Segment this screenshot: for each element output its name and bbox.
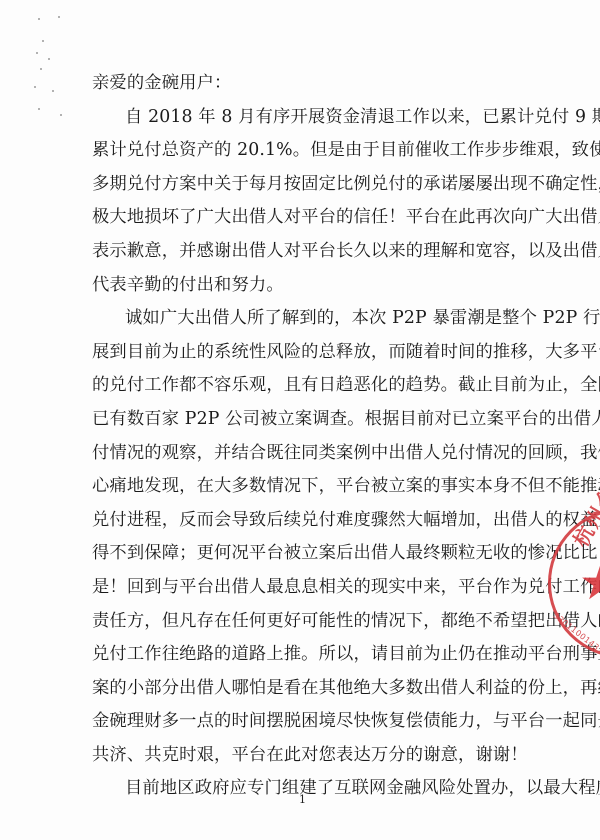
document-page: 亲爱的金碗用户： 自 2018 年 8 月有序开展资金清退工作以来，已累计兑付 …	[0, 0, 600, 840]
body-line: 金碗理财多一点的时间摆脱困境尽快恢复偿债能力，与平台一起同舟	[92, 709, 552, 743]
body-line: 多期兑付方案中关于每月按固定比例兑付的承诺屡屡出现不确定性，	[92, 172, 552, 206]
body-line: 是！回到与平台出借人最息息相关的现实中来，平台作为兑付工作的	[92, 575, 552, 609]
body-line: 的兑付工作都不容乐观，且有日趋恶化的趋势。截止目前为止，全国	[92, 373, 552, 407]
body-line: 责任方，但凡存在任何更好可能性的情况下，都绝不希望把出借人的	[92, 609, 552, 643]
page-number: 1	[299, 793, 306, 806]
letter-body: 亲爱的金碗用户： 自 2018 年 8 月有序开展资金清退工作以来，已累计兑付 …	[92, 71, 552, 810]
body-line: 极大地损坏了广大出借人对平台的信任！平台在此再次向广大出借人	[92, 205, 552, 239]
company-seal: 杭州金碗网 ★ 330110014372	[548, 508, 600, 658]
body-line: 累计兑付总资产的 20.1%。但是由于目前催收工作步步维艰，致使原	[92, 138, 552, 172]
body-line: 得不到保障；更何况平台被立案后出借人最终颗粒无收的惨况比比皆	[92, 541, 552, 575]
body-line: 诚如广大出借人所了解到的，本次 P2P 暴雷潮是整个 P2P 行业发	[92, 306, 552, 340]
body-line: 自 2018 年 8 月有序开展资金清退工作以来，已累计兑付 9 期，	[92, 105, 552, 139]
body-line: 展到目前为止的系统性风险的总释放，而随着时间的推移，大多平台	[92, 340, 552, 374]
seal-star-icon: ★	[579, 559, 600, 607]
body-line: 表示歉意，并感谢出借人对平台长久以来的理解和宽容，以及出借人	[92, 239, 552, 273]
body-line: 心痛地发现，在大多数情况下，平台被立案的事实本身不但不能推动	[92, 474, 552, 508]
body-line: 目前地区政府应专门组建了互联网金融风险处置办，以最大程度	[92, 776, 552, 810]
body-line: 案的小部分出借人哪怕是看在其他绝大多数出借人利益的份上，再给	[92, 676, 552, 710]
body-line: 兑付工作往绝路的道路上推。所以，请目前为止仍在推动平台刑事立	[92, 642, 552, 676]
body-line: 代表辛勤的付出和努力。	[92, 273, 552, 307]
body-line: 共济、共克时艰，平台在此对您表达万分的谢意，谢谢！	[92, 743, 552, 777]
greeting-line: 亲爱的金碗用户：	[92, 71, 552, 105]
body-line: 付情况的观察，并结合既往同类案例中出借人兑付情况的回顾，我们	[92, 441, 552, 475]
body-line: 兑付进程，反而会导致后续兑付难度骤然大幅增加，出借人的权益更	[92, 508, 552, 542]
body-line: 已有数百家 P2P 公司被立案调查。根据目前对已立案平台的出借人兑	[92, 407, 552, 441]
scan-noise	[30, 10, 70, 120]
